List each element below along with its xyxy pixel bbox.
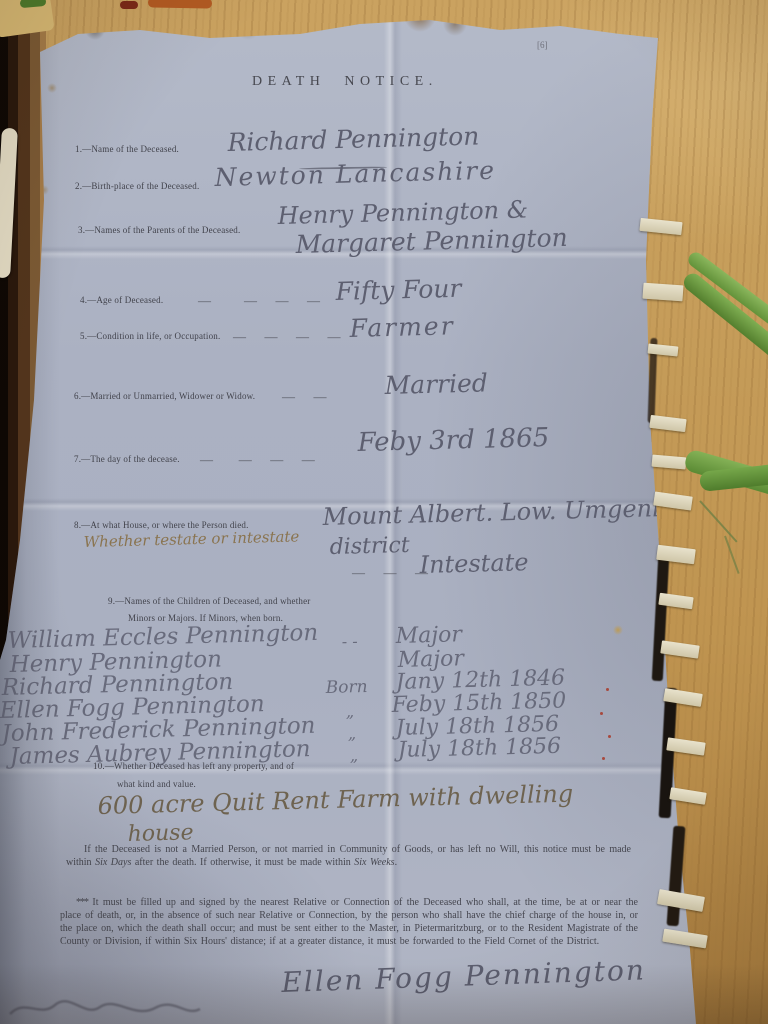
notice-em-six-days: Six Days bbox=[95, 857, 131, 868]
field-9-label-line1: 9.—Names of the Children of Deceased, an… bbox=[108, 596, 310, 606]
red-speck bbox=[602, 757, 605, 760]
notice-text-2: after the death. If otherwise, it must b… bbox=[131, 857, 354, 868]
field-4-label: 4.—Age of Deceased. bbox=[80, 295, 163, 305]
page-number-marker: [6] bbox=[537, 40, 548, 50]
field-7-dashes: — — — — bbox=[200, 452, 319, 468]
child-row-1-dash: - - bbox=[342, 632, 358, 651]
field-1-answer: Richard Pennington bbox=[227, 121, 479, 157]
field-8-annotation-testate: Whether testate or intestate bbox=[84, 527, 300, 551]
field-6-label: 6.—Married or Unmarried, Widower or Wido… bbox=[74, 391, 255, 401]
notice-paragraph: If the Deceased is not a Married Person,… bbox=[66, 843, 631, 869]
field-10-label-line1: 10.—Whether Deceased has left any proper… bbox=[93, 761, 294, 771]
red-speck bbox=[606, 688, 609, 691]
field-7-label: 7.—The day of the decease. bbox=[74, 454, 180, 464]
faint-handwriting-bottom-left bbox=[5, 992, 205, 1022]
field-4-dashes: — — — — bbox=[198, 293, 324, 309]
paper-tab bbox=[642, 283, 683, 302]
field-8-answer-line2: district bbox=[329, 533, 410, 560]
field-5-label: 5.—Condition in life, or Occupation. bbox=[80, 331, 220, 341]
child-row-5-born: „ bbox=[348, 724, 357, 743]
field-8-answer-line1: Mount Albert. Low. Umgeni bbox=[322, 494, 660, 531]
field-4-answer: Fifty Four bbox=[335, 274, 462, 306]
notice-text-3: . bbox=[395, 857, 398, 868]
red-speck bbox=[600, 712, 603, 715]
orange-fragment-top bbox=[148, 0, 212, 9]
child-row-6-date: July 18th 1856 bbox=[397, 734, 561, 763]
field-5-dashes: — — — — bbox=[233, 329, 345, 345]
footnote-paragraph: *** It must be filled up and signed by t… bbox=[60, 896, 638, 948]
field-2-answer: Newton Lancashire bbox=[214, 156, 496, 192]
field-3-answer-line2: Margaret Pennington bbox=[295, 223, 568, 259]
red-fragment-top bbox=[120, 1, 138, 9]
child-row-6-born: „ bbox=[350, 746, 359, 765]
notice-em-six-weeks: Six Weeks bbox=[354, 857, 394, 868]
field-2-label: 2.—Birth-place of the Deceased. bbox=[75, 181, 199, 191]
field-8-answer-intestate: Intestate bbox=[419, 548, 529, 579]
child-row-4-born: „ bbox=[346, 702, 355, 721]
field-3-label: 3.—Names of the Parents of the Deceased. bbox=[78, 225, 240, 235]
footnote-text: It must be filled up and signed by the n… bbox=[60, 897, 638, 947]
page-title: DEATH NOTICE. bbox=[252, 74, 438, 90]
child-row-1-status: Major bbox=[395, 622, 462, 649]
field-10-label-line2: what kind and value. bbox=[117, 779, 196, 789]
field-7-answer: Feby 3rd 1865 bbox=[357, 423, 549, 458]
footnote-mark: *** bbox=[76, 897, 88, 908]
signature-ellen-fogg-pennington: Ellen Fogg Pennington bbox=[281, 953, 647, 999]
field-6-dashes: — — bbox=[282, 389, 331, 405]
field-6-answer: Married bbox=[384, 368, 488, 400]
red-speck bbox=[608, 735, 611, 738]
child-row-3-born: Born bbox=[325, 677, 367, 698]
field-1-label: 1.—Name of the Deceased. bbox=[75, 144, 179, 154]
photograph-of-death-notice: [6] DEATH NOTICE. 1.—Name of the Decease… bbox=[0, 0, 768, 1024]
field-5-answer: Farmer bbox=[349, 311, 455, 343]
